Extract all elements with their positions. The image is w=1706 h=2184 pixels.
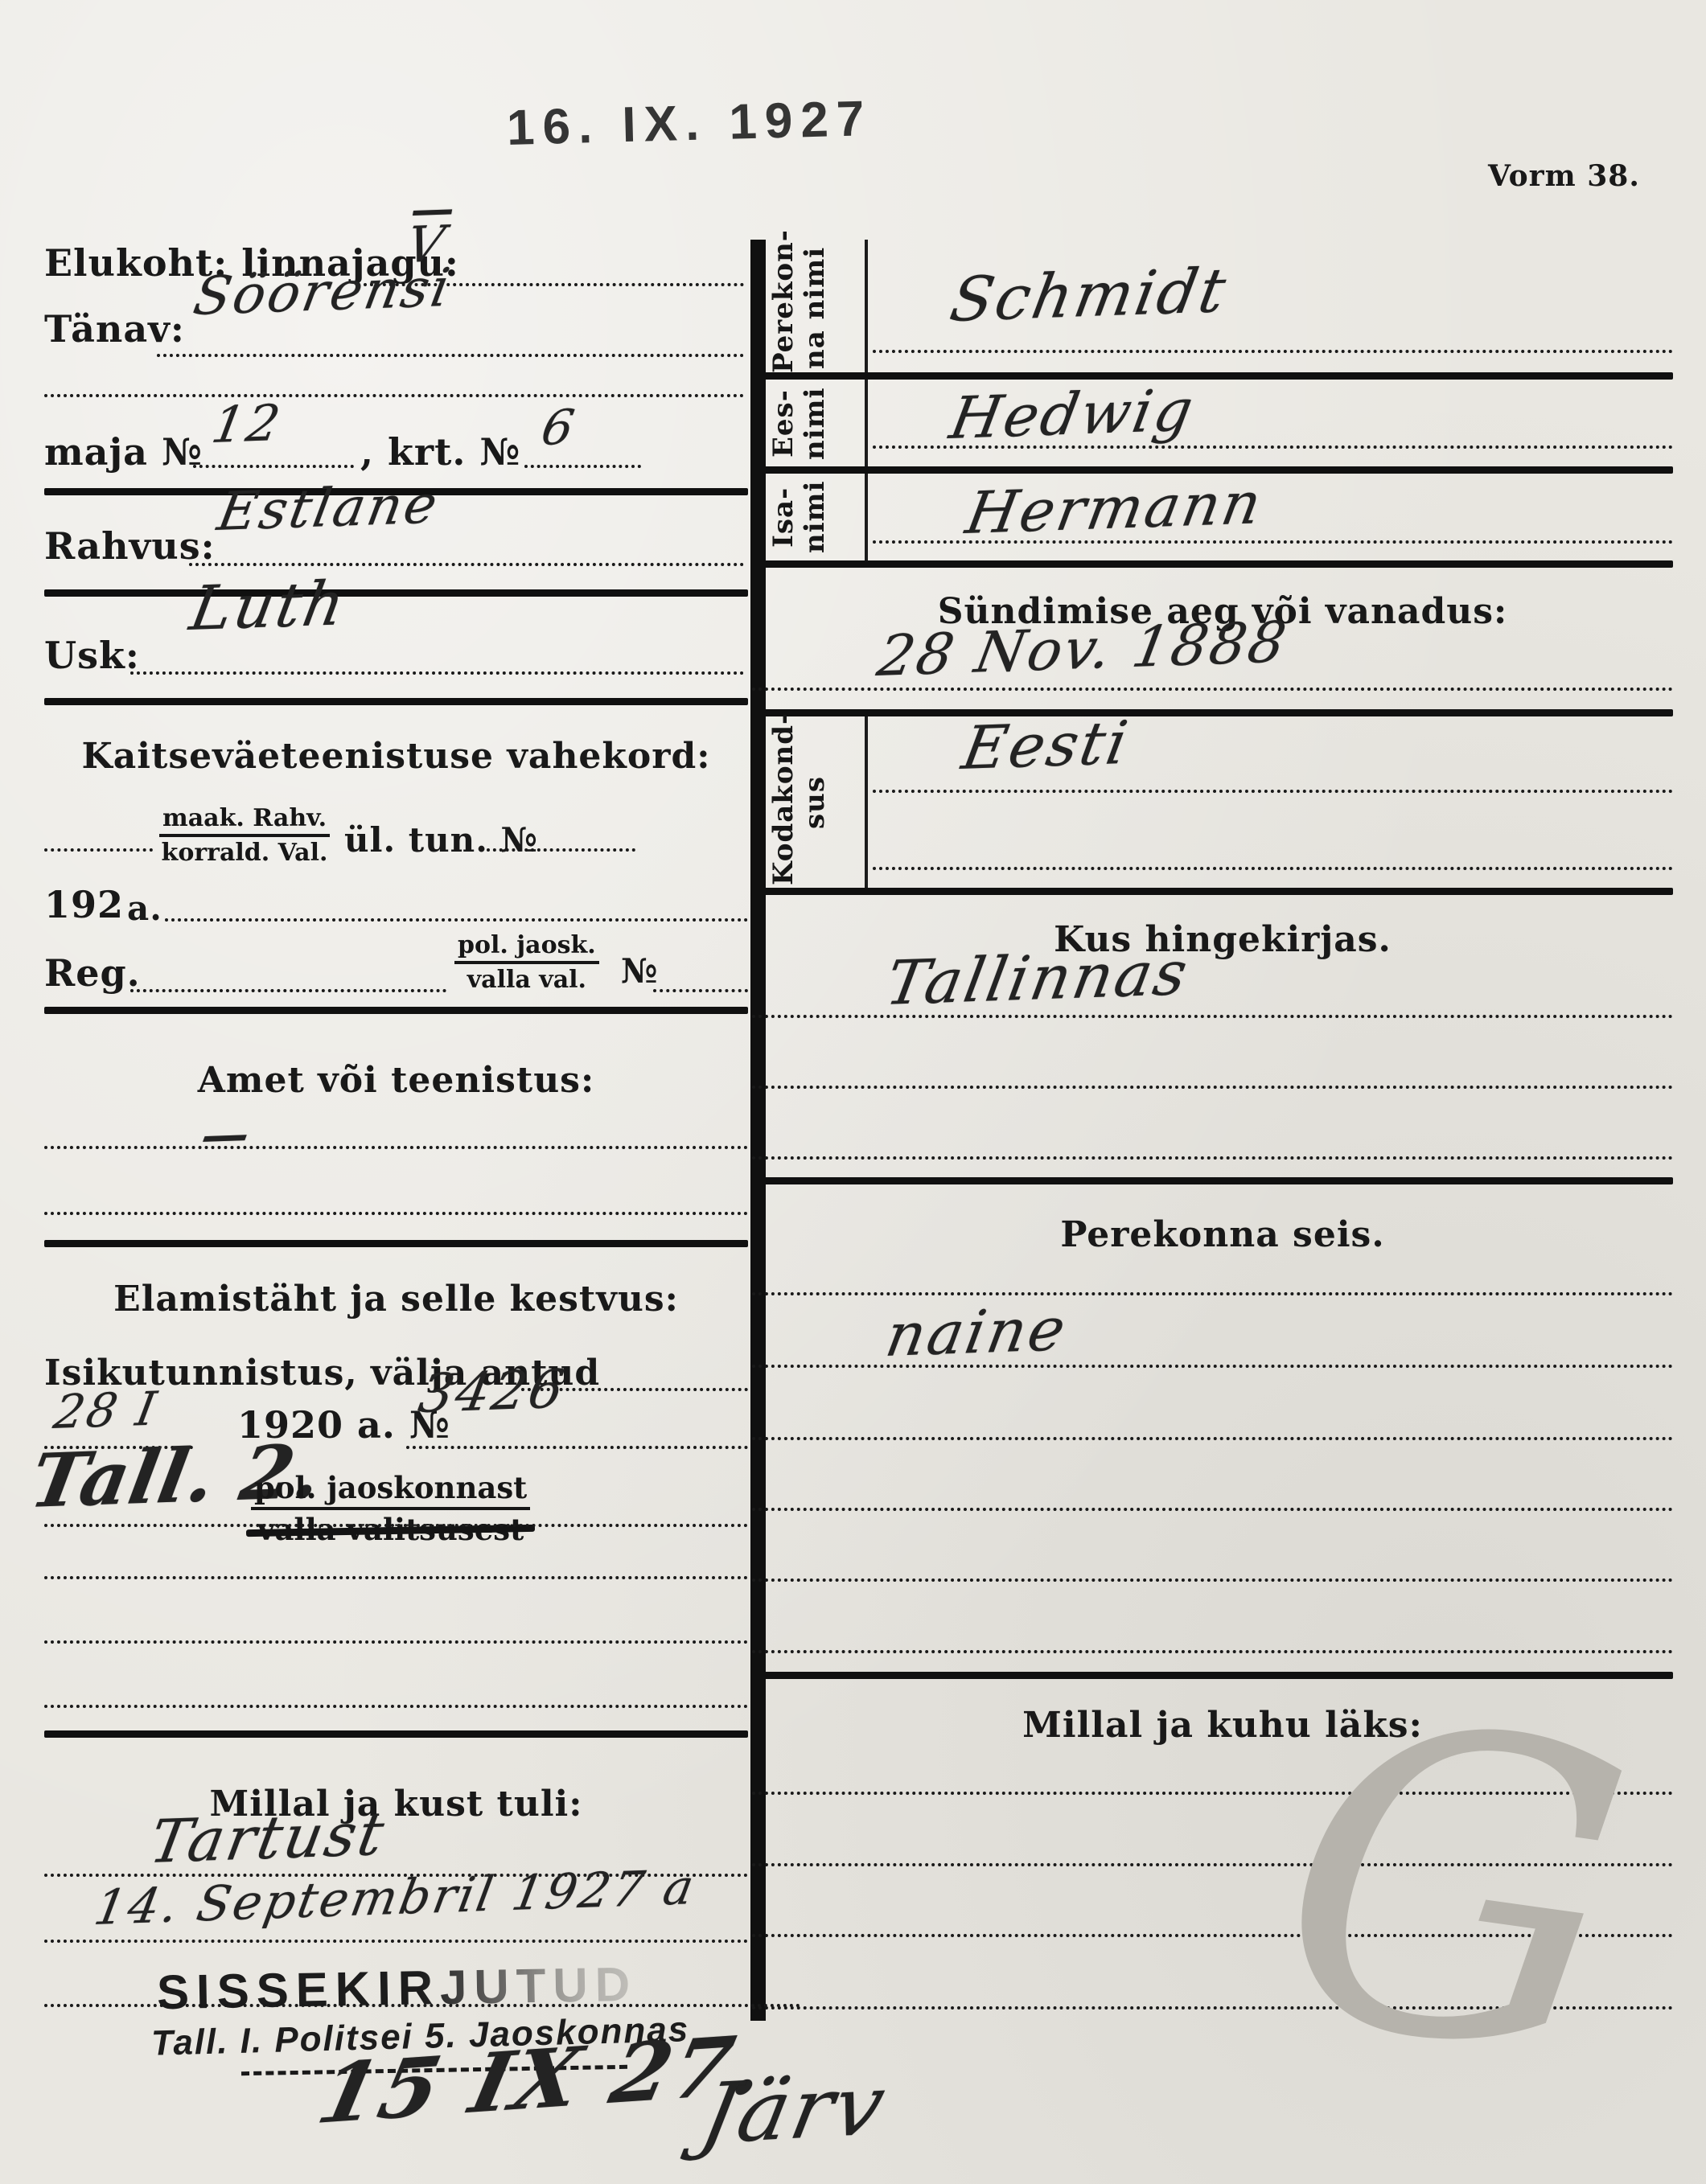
label-box-line (865, 474, 868, 560)
perekonnanimi-label: Perekon- na nimi (768, 243, 861, 373)
dotted-line (44, 1524, 748, 1527)
dotted-line (653, 989, 748, 992)
section-rule (44, 589, 748, 597)
dotted-line (752, 1650, 1673, 1653)
dotted-line (873, 445, 1673, 449)
dotted-line (44, 1640, 748, 1644)
hingekirjas-value: Tallinnas (881, 937, 1195, 1019)
dotted-line (44, 1940, 748, 1943)
reg-label: Reg. (44, 951, 141, 995)
korrald-val-label: korrald. Val. (159, 837, 330, 867)
section-rule (750, 888, 1673, 895)
pol-jaoskonnast-label: pol. jaoskonnast (251, 1470, 530, 1510)
year192-label: 192 (44, 883, 124, 926)
dotted-line (752, 1086, 1673, 1089)
dotted-line (752, 1156, 1673, 1160)
date-stamp: 16. IX. 1927 (506, 90, 873, 157)
eesnimi-label: Ees- nimi (768, 381, 861, 466)
dotted-line (873, 867, 1673, 870)
perekonnaseis-value: naine (881, 1295, 1073, 1370)
section-rule (44, 1240, 748, 1247)
valla-val-label: valla val. (454, 964, 599, 994)
dotted-line (44, 848, 153, 852)
amet-value: — (197, 1106, 256, 1163)
dotted-line (752, 1365, 1673, 1368)
dotted-line (44, 394, 744, 397)
dotted-line (165, 918, 748, 922)
dotted-line (44, 2004, 800, 2007)
dotted-line (752, 688, 1673, 691)
dotted-line (44, 1146, 748, 1149)
dotted-line (406, 1446, 748, 1449)
label-box-line (865, 240, 868, 376)
scanned-registration-card: 16. IX. 1927 Vorm 38. Elukoht: linnajagu… (0, 0, 1706, 2184)
kaitse-heading: Kaitseväeteenistuse vahekord: (44, 736, 748, 777)
pol-jaosk-label: pol. jaosk. (454, 931, 599, 964)
valla-valitsusest-label: valla valitsusest (251, 1510, 530, 1547)
a-label: a. (127, 889, 162, 928)
dotted-line (524, 465, 641, 468)
kodakondsus-label: Kodakond- sus (768, 720, 861, 885)
section-rule (44, 1730, 748, 1738)
pol-valla-fraction: pol. jaosk. valla val. (454, 931, 599, 994)
pencil-mark: G (1260, 1660, 1649, 2120)
dotted-line (130, 671, 744, 675)
dotted-line (44, 1705, 748, 1708)
issued-no-value: 3426 (414, 1358, 571, 1425)
krt-label: , krt. № (360, 430, 520, 474)
dotted-line (873, 790, 1673, 793)
perekonnaseis-heading: Perekonna seis. (772, 1214, 1673, 1255)
dotted-line (752, 1015, 1673, 1018)
elamistaht-heading: Elamistäht ja selle kestvus: (44, 1279, 748, 1320)
section-rule (750, 560, 1673, 568)
sundimise-value: 28 Nov. 1888 (873, 609, 1293, 689)
isanimi-label: Isa- nimi (768, 475, 861, 559)
millal-tuli-heading: Millal ja kust tuli: (44, 1784, 748, 1825)
dotted-line (752, 1437, 1673, 1440)
ul-tun-label: ül. tun. № (344, 820, 538, 860)
maja-value: 12 (208, 393, 286, 454)
dotted-line (44, 1212, 748, 1215)
section-rule (44, 1007, 748, 1014)
kodakondsus-value: Eesti (957, 708, 1135, 783)
dotted-line (752, 1578, 1673, 1582)
rahvus-label: Rahvus: (44, 524, 216, 568)
dotted-line (487, 848, 635, 852)
dotted-line (130, 989, 446, 992)
amet-heading: Amet või teenistus: (44, 1060, 748, 1101)
isanimi-value: Hermann (961, 469, 1268, 547)
tuli-from-value: Tartust (145, 1800, 391, 1877)
section-rule (750, 1177, 1673, 1184)
registrar-signature: Järv (693, 2055, 895, 2163)
dotted-line (873, 350, 1673, 353)
section-rule (750, 709, 1673, 716)
tanav-label: Tänav: (44, 307, 185, 351)
section-rule (750, 372, 1673, 380)
maja-label: maja № (44, 430, 203, 474)
registered-stamp-line1: SISSEKIRJUTUD (156, 1956, 637, 2020)
issued-day-value: 28 I (50, 1381, 162, 1439)
no-label: № (621, 951, 659, 991)
label-box-line (865, 716, 868, 889)
maak-rahv-label: maak. Rahv. (159, 804, 330, 837)
form-code: Vorm 38. (1488, 159, 1640, 193)
usk-label: Usk: (44, 634, 140, 677)
dotted-line (873, 540, 1673, 544)
tanav-value: Söörensi (189, 257, 457, 327)
perekonnanimi-value: Schmidt (945, 254, 1233, 335)
rahvus-value: Estlane (213, 474, 444, 543)
label-box-line (865, 380, 868, 468)
section-rule (44, 698, 748, 705)
dotted-line (157, 354, 744, 357)
krt-value: 6 (537, 400, 581, 457)
usk-value: Luth (185, 567, 352, 644)
dotted-line (44, 1576, 748, 1579)
column-divider (750, 240, 766, 2021)
maak-korrald-fraction: maak. Rahv. korrald. Val. (159, 804, 330, 867)
dotted-line (752, 1292, 1673, 1295)
jaoskonnast-fraction: pol. jaoskonnast valla valitsusest (251, 1470, 530, 1547)
dotted-line (189, 563, 744, 566)
dotted-line (752, 1508, 1673, 1511)
eesnimi-value: Hedwig (945, 376, 1200, 452)
dotted-line (193, 465, 354, 468)
